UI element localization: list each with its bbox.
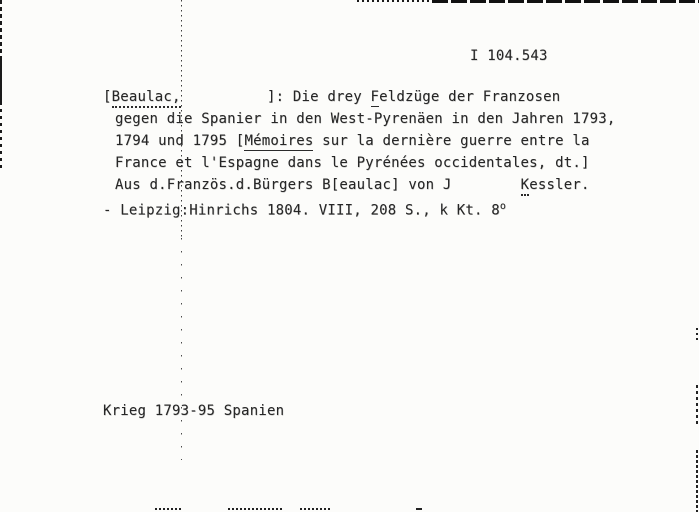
card-line: 1794 und 1795 [Mémoires sur la dernière … <box>103 130 615 152</box>
card-text: [ <box>103 89 112 105</box>
card-line: France et l'Espagne dans le Pyrénées occ… <box>103 152 615 174</box>
bottom-edge-dash-mark <box>416 508 422 510</box>
top-edge-rule <box>432 0 699 3</box>
right-edge-dotted-mark-1 <box>696 328 698 342</box>
call-number: I 104.543 <box>470 48 548 64</box>
subject-heading: Krieg 1793-95 Spanien <box>103 403 284 419</box>
left-edge-dashed-rule-bottom <box>0 102 2 170</box>
right-edge-dotted-mark-3 <box>696 450 698 512</box>
card-line: gegen die Spanier in den West-Pyrenäen i… <box>103 108 615 130</box>
emphasized-text: o <box>500 201 506 212</box>
card-text: Aus d.Französ.d.Bürgers B[eaulac] von J <box>115 177 521 193</box>
emphasized-text: K <box>521 177 530 196</box>
bottom-edge-dotted-mark-3 <box>300 508 332 510</box>
vertical-dotted-rule-lower <box>181 238 182 460</box>
bottom-edge-dotted-mark-2 <box>228 508 284 510</box>
card-text: eldzüge der Franzosen <box>379 89 560 105</box>
card-text: France et l'Espagne dans le Pyrénées occ… <box>115 155 590 171</box>
bibliographic-entry: [Beaulac, ]: Die drey Feldzüge der Franz… <box>103 86 615 218</box>
card-line: Aus d.Französ.d.Bürgers B[eaulac] von J … <box>103 174 615 196</box>
emphasized-text: Mémoires <box>244 133 313 151</box>
top-edge-dotted-rule <box>357 0 432 2</box>
card-text: sur la dernière guerre entre la <box>313 133 589 149</box>
emphasized-text: Beaulac, <box>112 89 181 108</box>
card-text: ]: Die drey <box>267 89 371 105</box>
catalog-card: I 104.543 [Beaulac, ]: Die drey Feldzüge… <box>0 0 699 512</box>
right-edge-dotted-mark-2 <box>696 385 698 425</box>
card-text: gegen die Spanier in den West-Pyrenäen i… <box>115 111 615 127</box>
card-text: essler. <box>529 177 589 193</box>
emphasized-text: F <box>371 89 380 107</box>
left-edge-solid-rule <box>0 58 2 102</box>
card-text: 1794 und 1795 [ <box>115 133 244 149</box>
bottom-edge-dotted-mark-1 <box>155 508 183 510</box>
card-line: [Beaulac, ]: Die drey Feldzüge der Franz… <box>103 86 615 108</box>
card-text: - Leipzig:Hinrichs 1804. VIII, 208 S., k… <box>103 203 500 219</box>
card-text <box>181 89 267 105</box>
card-line: - Leipzig:Hinrichs 1804. VIII, 208 S., k… <box>103 196 615 218</box>
left-edge-dashed-rule-top <box>0 0 2 58</box>
